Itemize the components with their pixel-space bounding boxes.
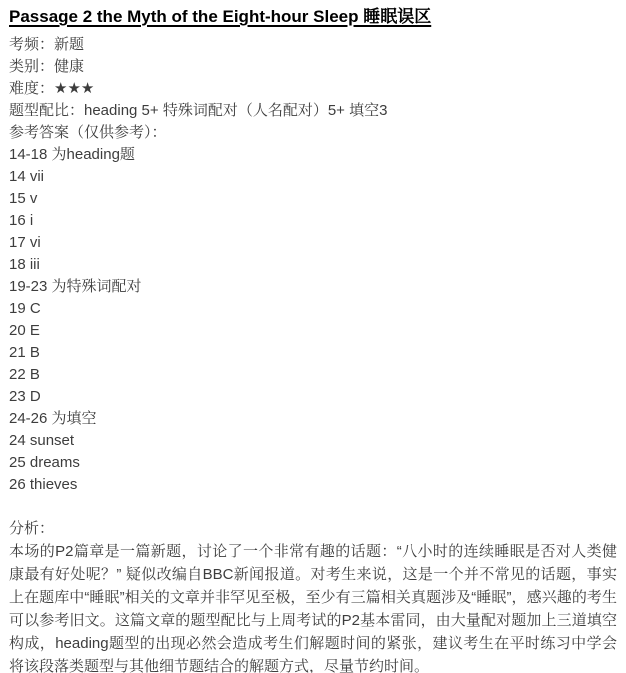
answer-line: 14 vii — [9, 166, 617, 188]
answer-line: 24 sunset — [9, 430, 617, 452]
answer-line: 14-18 为heading题 — [9, 144, 617, 166]
info-section: 考频：新题类别：健康难度：★★★题型配比：heading 5+ 特殊词配对（人名… — [9, 34, 617, 144]
answer-line: 25 dreams — [9, 452, 617, 474]
answer-line: 19 C — [9, 298, 617, 320]
info-line: 考频：新题 — [9, 34, 617, 56]
answer-line: 17 vi — [9, 232, 617, 254]
answer-line: 21 B — [9, 342, 617, 364]
answer-line: 15 v — [9, 188, 617, 210]
analysis-heading: 分析： — [9, 518, 617, 540]
answer-line: 18 iii — [9, 254, 617, 276]
page-title: Passage 2 the Myth of the Eight-hour Sle… — [9, 5, 617, 28]
answer-line: 16 i — [9, 210, 617, 232]
answer-line: 19-23 为特殊词配对 — [9, 276, 617, 298]
answer-line: 20 E — [9, 320, 617, 342]
info-line: 难度：★★★ — [9, 78, 617, 100]
info-line: 题型配比：heading 5+ 特殊词配对（人名配对）5+ 填空3 — [9, 100, 617, 122]
document-page: Passage 2 the Myth of the Eight-hour Sle… — [0, 0, 626, 673]
answer-line: 22 B — [9, 364, 617, 386]
answer-line: 26 thieves — [9, 474, 617, 496]
info-line: 参考答案（仅供参考）： — [9, 122, 617, 144]
answer-line: 24-26 为填空 — [9, 408, 617, 430]
answer-section: 14-18 为heading题14 vii15 v16 i17 vi18 iii… — [9, 144, 617, 496]
analysis-paragraph: 本场的P2篇章是一篇新题，讨论了一个非常有趣的话题：“八小时的连续睡眠是否对人类… — [9, 540, 617, 673]
blank-line — [9, 496, 617, 518]
info-line: 类别：健康 — [9, 56, 617, 78]
answer-line: 23 D — [9, 386, 617, 408]
